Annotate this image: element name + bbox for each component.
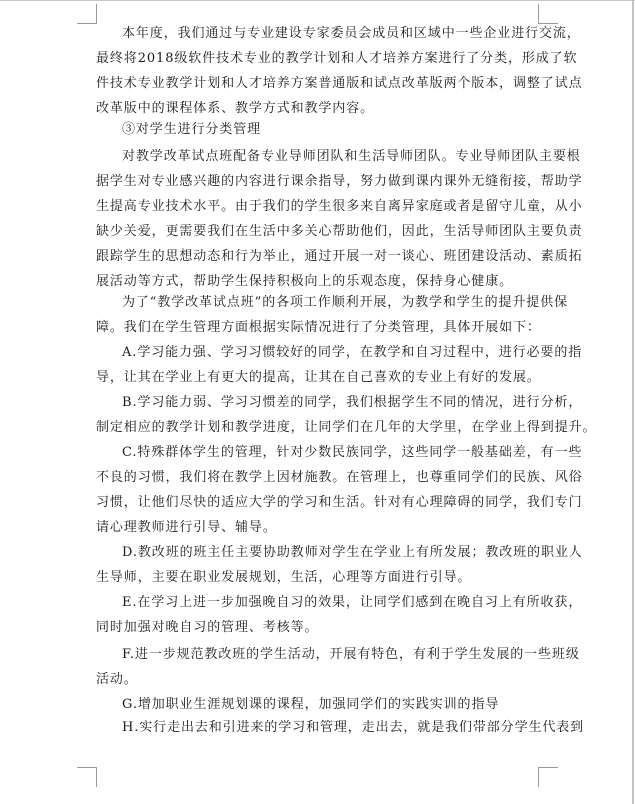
text-line: C.特殊群体学生的管理，针对少数民族同学，这些同学一般基础差，有一些 xyxy=(96,441,539,466)
paragraph-mentors: 对教学改革试点班配备专业导师团队和生活导师团队。专业导师团队主要根 据学生对专业… xyxy=(96,145,539,295)
margin-corner-mark-top-left xyxy=(77,4,97,24)
list-item-a: A.学习能力强、学习习惯较好的同学，在教学和自习过程中，进行必要的指 导，让其在… xyxy=(96,341,539,391)
heading-text: ③对学生进行分类管理 xyxy=(96,118,539,143)
text-line: 跟踪学生的思想动态和行为举止，通过开展一对一谈心、班团建设活动、素质拓 xyxy=(96,245,539,270)
text-line: 同时加强对晚自习的管理、考核等。 xyxy=(96,616,539,641)
margin-corner-mark-top-right xyxy=(538,4,558,24)
text-line: 不良的习惯，我们将在教学上因材施教。在管理上，也尊重同学们的民族、风俗 xyxy=(96,466,539,491)
text-line: 本年度，我们通过与专业建设专家委员会成员和区域中一些企业进行交流， xyxy=(96,22,539,47)
list-item-h: H.实行走出去和引进来的学习和管理，走出去，就是我们带部分学生代表到 xyxy=(96,716,539,741)
text-line: 习惯，让他们尽快的适应大学的学习和生活。针对有心理障碍的同学，我们专门 xyxy=(96,491,539,516)
document-body[interactable]: 本年度，我们通过与专业建设专家委员会成员和区域中一些企业进行交流， 最终将201… xyxy=(96,22,539,741)
text-line: 缺少关爱，更需要我们在生活中多关心帮助他们，因此，生活导师团队主要负责 xyxy=(96,220,539,245)
text-line: F.进一步规范教改班的学生活动，开展有特色，有利于学生发展的一些班级 xyxy=(96,643,539,668)
text-line: E.在学习上进一步加强晚自习的效果，让同学们感到在晚自习上有所收获， xyxy=(96,591,539,616)
page-top-edge xyxy=(0,0,635,1)
margin-corner-mark-bottom-left xyxy=(77,767,97,787)
section-heading: ③对学生进行分类管理 xyxy=(96,118,539,143)
list-item-f: F.进一步规范教改班的学生活动，开展有特色，有利于学生发展的一些班级 活动。 xyxy=(96,643,539,693)
page-right-edge xyxy=(632,0,634,804)
text-line: A.学习能力强、学习习惯较好的同学，在教学和自习过程中，进行必要的指 xyxy=(96,341,539,366)
text-line: 导，让其在学业上有更大的提高，让其在自己喜欢的专业上有好的发展。 xyxy=(96,366,539,391)
text-line: 生导师，主要在职业发展规划，生活，心理等方面进行引导。 xyxy=(96,566,539,591)
text-line: 活动。 xyxy=(96,668,539,693)
paragraph-intro: 本年度，我们通过与专业建设专家委员会成员和区域中一些企业进行交流， 最终将201… xyxy=(96,22,539,122)
text-line: 最终将2018级软件技术专业的教学计划和人才培养方案进行了分类，形成了软 xyxy=(96,47,539,72)
list-item-d: D.教改班的班主任主要协助教师对学生在学业上有所发展；教改班的职业人 生导师，主… xyxy=(96,541,539,591)
list-item-b: B.学习能力弱、学习习惯差的同学，我们根据学生不同的情况，进行分析， 制定相应的… xyxy=(96,391,539,441)
text-line: 据学生对专业感兴趣的内容进行课余指导，努力做到课内课外无缝衔接，帮助学 xyxy=(96,170,539,195)
list-item-e: E.在学习上进一步加强晚自习的效果，让同学们感到在晚自习上有所收获， 同时加强对… xyxy=(96,591,539,641)
text-line: 为了“教学改革试点班”的各项工作顺利开展，为教学和学生的提升提供保 xyxy=(96,291,539,316)
text-line: B.学习能力弱、学习习惯差的同学，我们根据学生不同的情况，进行分析， xyxy=(96,391,539,416)
text-line: D.教改班的班主任主要协助教师对学生在学业上有所发展；教改班的职业人 xyxy=(96,541,539,566)
paragraph-classification: 为了“教学改革试点班”的各项工作顺利开展，为教学和学生的提升提供保 障。我们在学… xyxy=(96,291,539,341)
text-line: 对教学改革试点班配备专业导师团队和生活导师团队。专业导师团队主要根 xyxy=(96,145,539,170)
text-line: 生提高专业技术水平。由于我们的学生很多来自离异家庭或者是留守儿童，从小 xyxy=(96,195,539,220)
text-line: 障。我们在学生管理方面根据实际情况进行了分类管理，具体开展如下： xyxy=(96,316,539,341)
text-line: 制定相应的教学计划和教学进度，让同学们在几年的大学里，在学业上得到提升。 xyxy=(96,416,539,441)
list-item-g: G.增加职业生涯规划课的课程，加强同学们的实践实训的指导 xyxy=(96,693,539,718)
margin-corner-mark-bottom-right xyxy=(538,767,558,787)
text-line: 请心理教师进行引导、辅导。 xyxy=(96,516,539,541)
list-item-c: C.特殊群体学生的管理，针对少数民族同学，这些同学一般基础差，有一些 不良的习惯… xyxy=(96,441,539,541)
text-line: G.增加职业生涯规划课的课程，加强同学们的实践实训的指导 xyxy=(96,693,539,718)
text-line: H.实行走出去和引进来的学习和管理，走出去，就是我们带部分学生代表到 xyxy=(96,716,539,741)
text-line: 件技术专业教学计划和人才培养方案普通版和试点改革版两个版本，调整了试点 xyxy=(96,72,539,97)
